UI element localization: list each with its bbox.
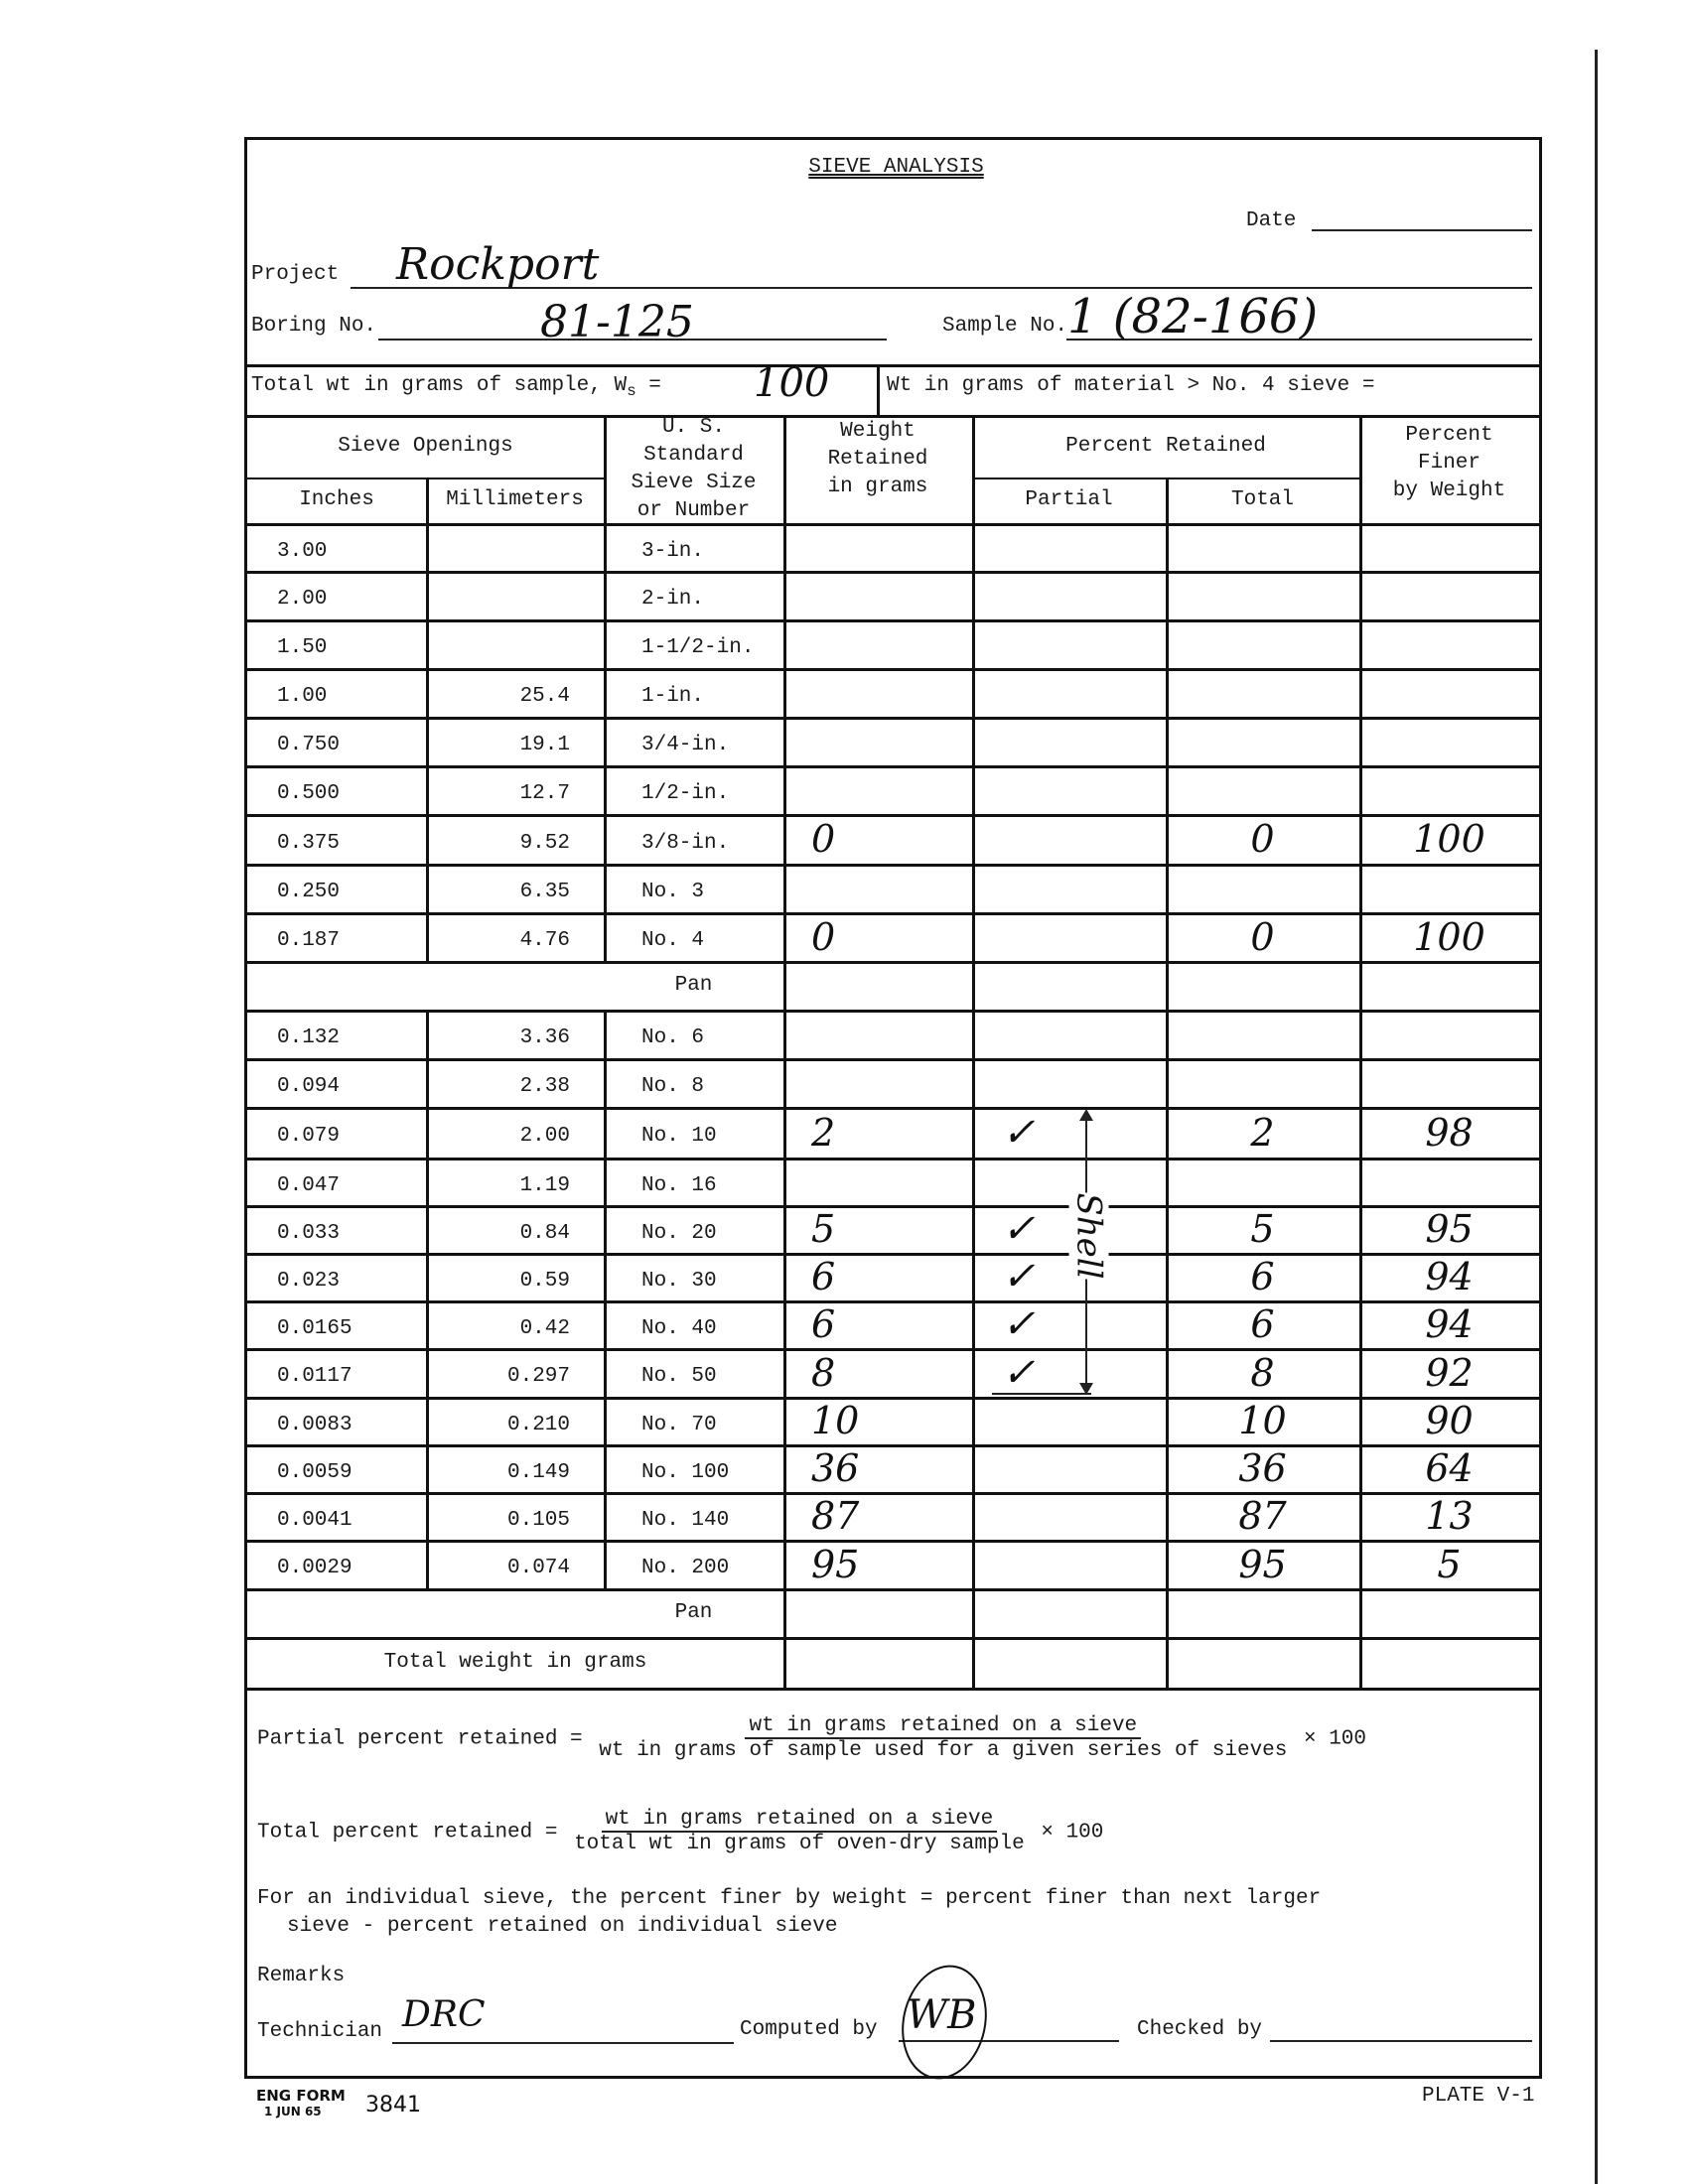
divider — [1359, 1397, 1362, 1444]
cell-partial-retained[interactable] — [1002, 717, 1166, 765]
cell-percent-finer[interactable] — [1359, 1637, 1539, 1688]
cell-weight-retained[interactable]: 0 — [811, 912, 972, 961]
table-row: Pan — [247, 961, 1539, 1010]
header-partial: Partial — [972, 478, 1166, 523]
cell-total-retained[interactable]: 6 — [1166, 1300, 1359, 1348]
divider — [972, 1397, 975, 1444]
divider — [972, 1205, 975, 1253]
remarks-label: Remarks — [257, 1965, 345, 1987]
divider — [783, 523, 786, 571]
cell-weight-retained[interactable]: 2 — [811, 1107, 972, 1158]
cell-weight-retained[interactable] — [811, 961, 972, 1010]
divider — [1359, 765, 1362, 814]
cell-percent-finer[interactable]: 98 — [1359, 1107, 1539, 1158]
cell-sieve-size: No. 3 — [641, 864, 783, 912]
cell-weight-retained[interactable] — [811, 571, 972, 619]
cell-percent-finer[interactable]: 13 — [1359, 1492, 1539, 1540]
cell-weight-retained[interactable] — [811, 1158, 972, 1205]
divider — [1166, 1253, 1169, 1300]
divider — [604, 1205, 607, 1253]
divider — [1359, 1637, 1362, 1688]
divider — [1166, 1492, 1169, 1540]
shell-annotation: Shell — [1069, 1192, 1109, 1279]
divider — [972, 1300, 975, 1348]
cell-percent-finer[interactable]: 94 — [1359, 1300, 1539, 1348]
divider — [1359, 1253, 1362, 1300]
cell-partial-retained[interactable] — [1002, 765, 1166, 814]
divider — [783, 619, 786, 668]
cell-total-retained[interactable]: 87 — [1166, 1492, 1359, 1540]
divider — [972, 765, 975, 814]
cell-percent-finer[interactable]: 92 — [1359, 1348, 1539, 1397]
computed-label: Computed by — [740, 2018, 878, 2041]
divider — [1359, 961, 1362, 1010]
cell-percent-finer[interactable] — [1359, 523, 1539, 571]
divider — [783, 765, 786, 814]
table-row: 0.0942.38No. 8 — [247, 1058, 1539, 1107]
divider — [1359, 571, 1362, 619]
cell-total-retained[interactable]: 6 — [1166, 1253, 1359, 1300]
boring-label: Boring No. — [251, 315, 376, 338]
divider — [972, 1107, 975, 1158]
cell-sieve-size: No. 6 — [641, 1010, 783, 1058]
cell-inches: 0.0117 — [277, 1348, 426, 1397]
cell-percent-finer[interactable] — [1359, 717, 1539, 765]
cell-inches: 3.00 — [277, 523, 426, 571]
cell-partial-retained[interactable] — [1002, 619, 1166, 668]
cell-total-retained[interactable]: 5 — [1166, 1205, 1359, 1253]
cell-partial-retained[interactable] — [1002, 1397, 1166, 1444]
cell-total-retained[interactable] — [1166, 1637, 1359, 1688]
project-label: Project — [251, 263, 339, 286]
divider — [783, 1205, 786, 1253]
cell-inches: 2.00 — [277, 571, 426, 619]
cell-partial-retained[interactable] — [1002, 668, 1166, 717]
cell-sieve-size: 2-in. — [641, 571, 783, 619]
cell-sieve-size: No. 4 — [641, 912, 783, 961]
cell-millimeters: 0.149 — [426, 1444, 570, 1492]
cell-weight-retained[interactable] — [811, 523, 972, 571]
divider — [783, 1540, 786, 1588]
divider — [1166, 668, 1169, 717]
header-weight-retained: WeightRetainedin grams — [783, 415, 972, 503]
cell-weight-retained[interactable]: 6 — [811, 1253, 972, 1300]
cell-millimeters: 2.00 — [426, 1107, 570, 1158]
cell-percent-finer[interactable] — [1359, 1058, 1539, 1107]
divider — [604, 571, 607, 619]
cell-percent-finer[interactable] — [1359, 864, 1539, 912]
total-wt-label: Total wt in grams of sample, Ws = — [251, 374, 661, 400]
divider — [604, 1107, 607, 1158]
eng-form-label: ENG FORM — [256, 2087, 346, 2105]
cell-weight-retained[interactable] — [811, 1637, 972, 1688]
divider — [604, 1253, 607, 1300]
project-value: Rockport — [396, 239, 599, 290]
cell-inches: 0.023 — [277, 1253, 426, 1300]
divider — [1359, 1492, 1362, 1540]
table-row: 0.00410.105No. 140878713 — [247, 1492, 1539, 1540]
cell-total-retained[interactable]: 95 — [1166, 1540, 1359, 1588]
divider — [604, 912, 607, 961]
divider — [783, 814, 786, 864]
divider — [1359, 668, 1362, 717]
cell-weight-retained[interactable] — [811, 765, 972, 814]
table-row: 0.2506.35No. 3 — [247, 864, 1539, 912]
technician-label: Technician — [257, 2020, 382, 2043]
cell-sieve-size: 3/8-in. — [641, 814, 783, 864]
cell-weight-retained[interactable]: 95 — [811, 1540, 972, 1588]
table-row: Pan — [247, 1588, 1539, 1637]
divider — [426, 814, 429, 864]
cell-inches: 0.187 — [277, 912, 426, 961]
date-field[interactable] — [1312, 229, 1532, 231]
cell-percent-finer[interactable]: 64 — [1359, 1444, 1539, 1492]
cell-inches: 0.750 — [277, 717, 426, 765]
cell-inches: 0.094 — [277, 1058, 426, 1107]
divider — [972, 668, 975, 717]
cell-sieve-size: No. 200 — [641, 1540, 783, 1588]
divider — [1166, 961, 1169, 1010]
divider — [604, 415, 607, 523]
divider — [1359, 1058, 1362, 1107]
cell-partial-retained[interactable] — [1002, 523, 1166, 571]
cell-percent-finer[interactable] — [1359, 619, 1539, 668]
divider — [1359, 814, 1362, 864]
cell-partial-retained[interactable]: ✓ — [1002, 1300, 1166, 1348]
cell-millimeters: 0.84 — [426, 1205, 570, 1253]
cell-sieve-size: 1-1/2-in. — [641, 619, 783, 668]
cell-total-retained[interactable] — [1166, 1158, 1359, 1205]
total-formula: Total percent retained = wt in grams ret… — [257, 1808, 1103, 1855]
cell-inches: 0.0165 — [277, 1300, 426, 1348]
cell-partial-retained[interactable] — [1002, 1492, 1166, 1540]
cell-weight-retained[interactable] — [811, 717, 972, 765]
cell-total-retained[interactable]: 10 — [1166, 1397, 1359, 1444]
scan-edge — [1595, 50, 1598, 2184]
divider — [783, 912, 786, 961]
table-row: 0.00590.149No. 100363664 — [247, 1444, 1539, 1492]
total-weight-label: Total weight in grams — [247, 1637, 783, 1688]
cell-weight-retained[interactable] — [811, 668, 972, 717]
divider — [972, 1492, 975, 1540]
divider — [1166, 523, 1169, 571]
cell-weight-retained[interactable]: 6 — [811, 1300, 972, 1348]
divider — [783, 1588, 786, 1637]
divider — [1166, 478, 1169, 523]
table-row: 0.3759.523/8-in.00100 — [247, 814, 1539, 864]
divider — [604, 765, 607, 814]
cell-percent-finer[interactable] — [1359, 1588, 1539, 1637]
cell-weight-retained[interactable]: 0 — [811, 814, 972, 864]
cell-total-retained[interactable]: 0 — [1166, 814, 1359, 864]
divider — [972, 864, 975, 912]
cell-total-retained[interactable] — [1166, 961, 1359, 1010]
cell-sieve-size: No. 50 — [641, 1348, 783, 1397]
technician-value: DRC — [402, 1994, 486, 2035]
cell-millimeters: 0.59 — [426, 1253, 570, 1300]
cell-weight-retained[interactable]: 8 — [811, 1348, 972, 1397]
divider — [1166, 864, 1169, 912]
cell-percent-finer[interactable]: 100 — [1359, 814, 1539, 864]
table-row: Total weight in grams — [247, 1637, 1539, 1688]
divider — [426, 1058, 429, 1107]
divider — [426, 1397, 429, 1444]
cell-total-retained[interactable] — [1166, 864, 1359, 912]
divider — [426, 1444, 429, 1492]
divider — [604, 619, 607, 668]
finer-note-line2: sieve - percent retained on individual s… — [287, 1915, 838, 1938]
table-row: 0.01170.297No. 508✓892 — [247, 1348, 1539, 1397]
cell-percent-finer[interactable] — [1359, 668, 1539, 717]
divider — [783, 1107, 786, 1158]
cell-partial-retained[interactable] — [1002, 864, 1166, 912]
table-row: 0.0792.00No. 102✓298 — [247, 1107, 1539, 1158]
table-row: 2.002-in. — [247, 571, 1539, 619]
table-row: 3.003-in. — [247, 523, 1539, 571]
cell-total-retained[interactable]: 36 — [1166, 1444, 1359, 1492]
cell-percent-finer[interactable]: 100 — [1359, 912, 1539, 961]
divider — [972, 1444, 975, 1492]
cell-total-retained[interactable] — [1166, 717, 1359, 765]
technician-field[interactable] — [392, 2042, 734, 2044]
divider — [1166, 1300, 1169, 1348]
cell-percent-finer[interactable]: 90 — [1359, 1397, 1539, 1444]
cell-percent-finer[interactable]: 5 — [1359, 1540, 1539, 1588]
table-row: 0.0230.59No. 306✓694 — [247, 1253, 1539, 1300]
cell-millimeters: 1.19 — [426, 1158, 570, 1205]
cell-percent-finer[interactable] — [1359, 765, 1539, 814]
cell-partial-retained[interactable] — [1002, 814, 1166, 864]
cell-total-retained[interactable] — [1166, 1588, 1359, 1637]
cell-millimeters: 9.52 — [426, 814, 570, 864]
divider — [426, 523, 429, 571]
divider — [604, 814, 607, 864]
divider — [783, 1637, 786, 1688]
cell-millimeters: 4.76 — [426, 912, 570, 961]
divider — [1166, 619, 1169, 668]
cell-weight-retained[interactable]: 5 — [811, 1205, 972, 1253]
divider — [1359, 864, 1362, 912]
cell-inches: 0.047 — [277, 1158, 426, 1205]
header-total: Total — [1166, 478, 1359, 523]
divider — [604, 1444, 607, 1492]
divider — [783, 1348, 786, 1397]
cell-total-retained[interactable]: 8 — [1166, 1348, 1359, 1397]
divider — [972, 1348, 975, 1397]
divider — [972, 1253, 975, 1300]
cell-total-retained[interactable] — [1166, 619, 1359, 668]
cell-millimeters — [426, 523, 570, 571]
cell-inches: 0.132 — [277, 1010, 426, 1058]
divider — [426, 1348, 429, 1397]
cell-millimeters: 12.7 — [426, 765, 570, 814]
cell-total-retained[interactable]: 2 — [1166, 1107, 1359, 1158]
divider — [604, 1300, 607, 1348]
divider — [426, 717, 429, 765]
boring-value: 81-125 — [540, 297, 694, 347]
cell-inches: 0.250 — [277, 864, 426, 912]
cell-partial-retained[interactable] — [1002, 1540, 1166, 1588]
cell-total-retained[interactable] — [1166, 765, 1359, 814]
divider — [783, 1058, 786, 1107]
divider — [1166, 1107, 1169, 1158]
cell-total-retained[interactable] — [1166, 1058, 1359, 1107]
divider — [783, 864, 786, 912]
computed-value: WB — [907, 1992, 977, 2038]
cell-weight-retained[interactable]: 87 — [811, 1492, 972, 1540]
divider — [783, 1253, 786, 1300]
divider — [426, 1205, 429, 1253]
divider — [426, 1010, 429, 1058]
cell-weight-retained[interactable] — [811, 1588, 972, 1637]
cell-partial-retained[interactable] — [1002, 912, 1166, 961]
table-row: 0.1874.76No. 400100 — [247, 912, 1539, 961]
date-label: Date — [1246, 209, 1296, 232]
divider — [783, 1444, 786, 1492]
divider — [604, 1397, 607, 1444]
cell-partial-retained[interactable] — [1002, 571, 1166, 619]
pan-label: Pan — [604, 961, 783, 1010]
divider — [972, 571, 975, 619]
divider — [972, 1158, 975, 1205]
total-wt-value[interactable]: 100 — [754, 360, 829, 406]
divider — [783, 1158, 786, 1205]
cell-percent-finer[interactable] — [1359, 1158, 1539, 1205]
table-row: 0.0471.19No. 16 — [247, 1158, 1539, 1205]
divider — [426, 1253, 429, 1300]
cell-total-retained[interactable] — [1166, 1010, 1359, 1058]
table-row: 0.50012.71/2-in. — [247, 765, 1539, 814]
divider — [1359, 1444, 1362, 1492]
cell-sieve-size: No. 140 — [641, 1492, 783, 1540]
divider — [972, 717, 975, 765]
divider — [426, 619, 429, 668]
sample-value: 1 (82-166) — [1067, 289, 1318, 344]
cell-percent-finer[interactable]: 95 — [1359, 1205, 1539, 1253]
cell-weight-retained[interactable] — [811, 619, 972, 668]
divider — [1359, 523, 1362, 571]
cell-partial-retained[interactable] — [1002, 961, 1166, 1010]
divider — [972, 619, 975, 668]
cell-total-retained[interactable] — [1166, 571, 1359, 619]
divider — [972, 1010, 975, 1058]
cell-weight-retained[interactable] — [811, 1010, 972, 1058]
cell-sieve-size: 1/2-in. — [641, 765, 783, 814]
divider — [426, 1158, 429, 1205]
cell-partial-retained[interactable] — [1002, 1010, 1166, 1058]
divider — [426, 912, 429, 961]
table-row: 0.75019.13/4-in. — [247, 717, 1539, 765]
divider — [426, 864, 429, 912]
cell-sieve-size: 3/4-in. — [641, 717, 783, 765]
cell-total-retained[interactable]: 0 — [1166, 912, 1359, 961]
cell-percent-finer[interactable] — [1359, 961, 1539, 1010]
cell-inches: 1.00 — [277, 668, 426, 717]
divider — [972, 415, 975, 523]
divider — [1359, 1300, 1362, 1348]
divider — [972, 1588, 975, 1637]
divider — [783, 1397, 786, 1444]
divider — [783, 415, 786, 523]
divider — [604, 1010, 607, 1058]
cell-percent-finer[interactable] — [1359, 571, 1539, 619]
divider — [1166, 1205, 1169, 1253]
cell-sieve-size: No. 10 — [641, 1107, 783, 1158]
cell-percent-finer[interactable]: 94 — [1359, 1253, 1539, 1300]
cell-sieve-size: No. 20 — [641, 1205, 783, 1253]
cell-total-retained[interactable] — [1166, 523, 1359, 571]
table-row: 1.501-1/2-in. — [247, 619, 1539, 668]
divider — [877, 364, 880, 415]
table-row: 0.00290.074No. 20095955 — [247, 1540, 1539, 1588]
divider — [1359, 415, 1362, 523]
cell-partial-retained[interactable] — [1002, 1637, 1166, 1688]
cell-percent-finer[interactable] — [1359, 1010, 1539, 1058]
sample-label: Sample No. — [942, 315, 1067, 338]
divider — [1166, 1010, 1169, 1058]
divider — [426, 1300, 429, 1348]
cell-partial-retained[interactable] — [1002, 1058, 1166, 1107]
cell-millimeters: 0.297 — [426, 1348, 570, 1397]
header-us-standard: U. S.StandardSieve Sizeor Number — [604, 415, 783, 523]
divider — [604, 1058, 607, 1107]
cell-millimeters: 0.42 — [426, 1300, 570, 1348]
cell-millimeters: 19.1 — [426, 717, 570, 765]
header-sieve-openings: Sieve Openings — [247, 415, 604, 478]
divider — [972, 961, 975, 1010]
cell-millimeters: 6.35 — [426, 864, 570, 912]
table-row: 0.0330.84No. 205✓595 — [247, 1205, 1539, 1253]
table-row: 0.01650.42No. 406✓694 — [247, 1300, 1539, 1348]
cell-weight-retained[interactable]: 36 — [811, 1444, 972, 1492]
divider — [426, 571, 429, 619]
divider — [1166, 1637, 1169, 1688]
cell-inches: 1.50 — [277, 619, 426, 668]
header-millimeters: Millimeters — [426, 478, 604, 523]
divider — [604, 1158, 607, 1205]
divider — [604, 1492, 607, 1540]
divider — [783, 961, 786, 1010]
divider — [1166, 814, 1169, 864]
cell-weight-retained[interactable] — [811, 864, 972, 912]
divider — [1359, 1348, 1362, 1397]
divider — [972, 814, 975, 864]
divider — [1359, 912, 1362, 961]
checked-field[interactable] — [1270, 2040, 1532, 2042]
cell-weight-retained[interactable]: 10 — [811, 1397, 972, 1444]
divider — [1359, 1205, 1362, 1253]
header-percent-finer: PercentFinerby Weight — [1359, 415, 1539, 511]
document-page: SIEVE ANALYSIS Date Project Rockport Bor… — [0, 0, 1692, 2184]
finer-note-line1: For an individual sieve, the percent fin… — [257, 1887, 1321, 1910]
divider — [1359, 619, 1362, 668]
header-percent-retained: Percent Retained — [972, 415, 1359, 478]
cell-weight-retained[interactable] — [811, 1058, 972, 1107]
cell-partial-retained[interactable] — [1002, 1444, 1166, 1492]
divider — [247, 364, 1539, 367]
table-row: 0.00830.210No. 70101090 — [247, 1397, 1539, 1444]
cell-partial-retained[interactable] — [1002, 1588, 1166, 1637]
cell-sieve-size: No. 100 — [641, 1444, 783, 1492]
form-date: 1 JUN 65 — [264, 2105, 322, 2118]
divider — [1166, 1058, 1169, 1107]
cell-millimeters: 0.105 — [426, 1492, 570, 1540]
divider — [783, 717, 786, 765]
cell-inches: 0.079 — [277, 1107, 426, 1158]
cell-millimeters — [426, 619, 570, 668]
cell-total-retained[interactable] — [1166, 668, 1359, 717]
cell-inches: 0.500 — [277, 765, 426, 814]
